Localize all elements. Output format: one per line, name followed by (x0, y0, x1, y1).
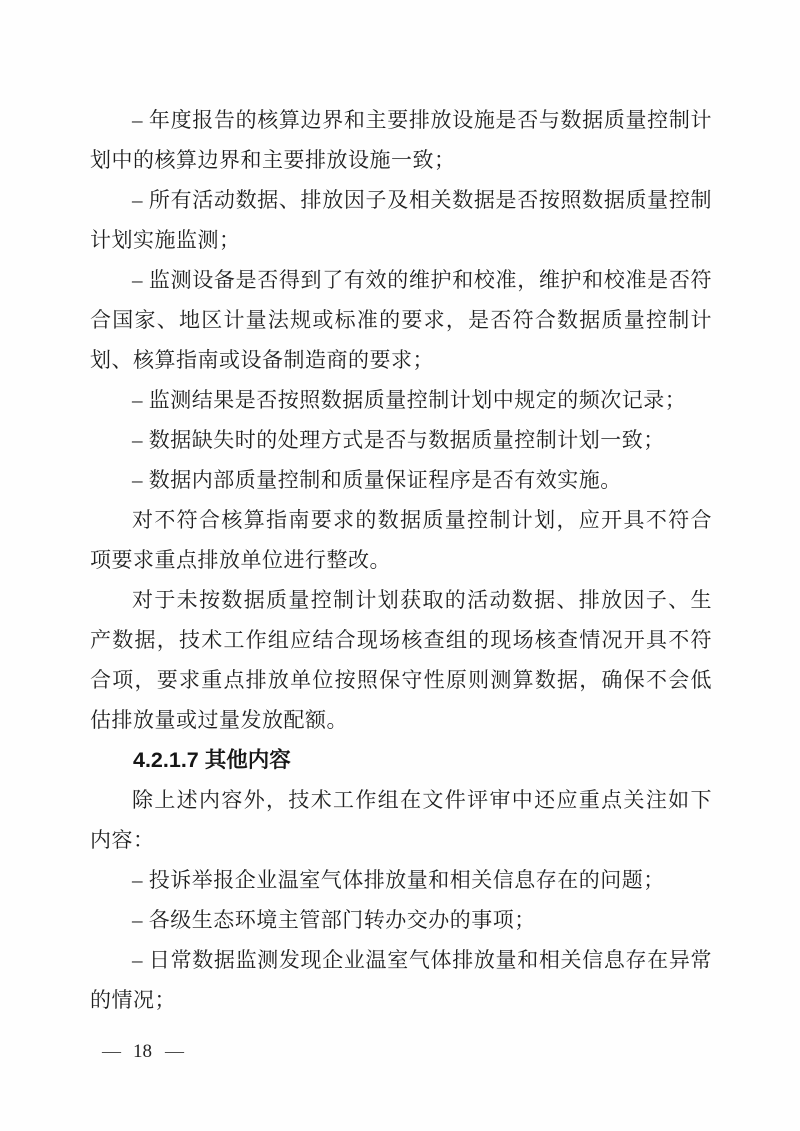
bullet-equipment-maintenance-calibration: – 监测设备是否得到了有效的维护和校准，维护和校准是否符合国家、地区计量法规或标… (90, 260, 712, 380)
bullet-missing-data-handling: – 数据缺失时的处理方式是否与数据质量控制计划一致； (90, 420, 712, 460)
document-page: – 年度报告的核算边界和主要排放设施是否与数据质量控制计划中的核算边界和主要排放… (0, 0, 800, 1131)
para-conservative-estimation: 对于未按数据质量控制计划获取的活动数据、排放因子、生产数据，技术工作组应结合现场… (90, 580, 712, 740)
footer-right-dash: — (165, 1038, 183, 1066)
bullet-internal-qa-qc: – 数据内部质量控制和质量保证程序是否有效实施。 (90, 460, 712, 500)
section-heading-other-content: 4.2.1.7 其他内容 (90, 740, 712, 780)
para-nonconformity-rectification: 对不符合核算指南要求的数据质量控制计划，应开具不符合项要求重点排放单位进行整改。 (90, 500, 712, 580)
bullet-authority-referrals: – 各级生态环境主管部门转办交办的事项； (90, 900, 712, 940)
para-other-content-intro: 除上述内容外，技术工作组在文件评审中还应重点关注如下内容： (90, 780, 712, 860)
document-body: – 年度报告的核算边界和主要排放设施是否与数据质量控制计划中的核算边界和主要排放… (90, 100, 712, 1020)
bullet-monitoring-frequency-records: – 监测结果是否按照数据质量控制计划中规定的频次记录； (90, 380, 712, 420)
bullet-activity-data-monitoring: – 所有活动数据、排放因子及相关数据是否按照数据质量控制计划实施监测； (90, 180, 712, 260)
footer-left-dash: — (102, 1038, 120, 1066)
bullet-annual-report-boundary: – 年度报告的核算边界和主要排放设施是否与数据质量控制计划中的核算边界和主要排放… (90, 100, 712, 180)
page-number: 18 (133, 1038, 152, 1066)
bullet-daily-monitoring-anomalies: – 日常数据监测发现企业温室气体排放量和相关信息存在异常的情况； (90, 940, 712, 1020)
page-footer: — 18 — (102, 1038, 183, 1066)
bullet-complaint-reports: – 投诉举报企业温室气体排放量和相关信息存在的问题； (90, 860, 712, 900)
